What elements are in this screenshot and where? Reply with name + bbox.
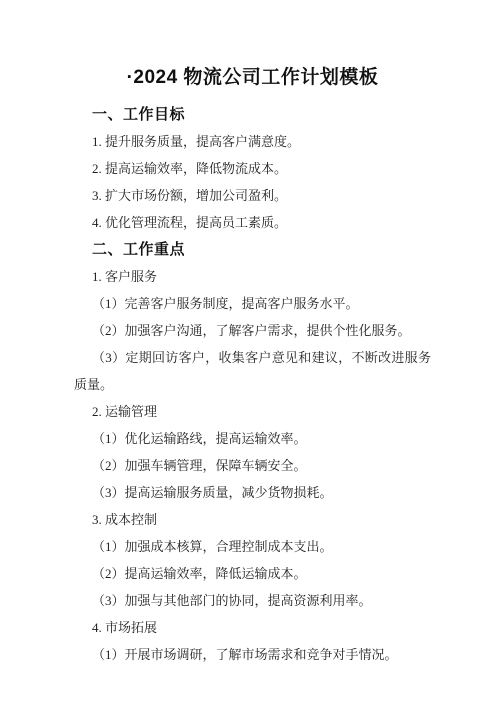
goal-item: 3. 扩大市场份额，增加公司盈利。 bbox=[74, 182, 431, 209]
section-work-goals: 一、工作目标 1. 提升服务质量，提高客户满意度。 2. 提高运输效率，降低物流… bbox=[74, 101, 431, 236]
detail-item: （3）提高运输服务质量，减少货物损耗。 bbox=[74, 479, 431, 506]
category-item: 2. 运输管理 bbox=[74, 398, 431, 425]
document-page: ·2024 物流公司工作计划模板 一、工作目标 1. 提升服务质量，提高客户满意… bbox=[0, 0, 500, 707]
document-title: ·2024 物流公司工作计划模板 bbox=[74, 64, 431, 91]
goal-item: 4. 优化管理流程，提高员工素质。 bbox=[74, 209, 431, 236]
detail-item: （1）加强成本核算，合理控制成本支出。 bbox=[74, 533, 431, 560]
section-heading-work-priorities: 二、工作重点 bbox=[74, 236, 431, 263]
detail-item: （2）加强客户沟通，了解客户需求，提供个性化服务。 bbox=[74, 317, 431, 344]
section-heading-work-goals: 一、工作目标 bbox=[74, 101, 431, 128]
goal-item: 1. 提升服务质量，提高客户满意度。 bbox=[74, 128, 431, 155]
category-item: 4. 市场拓展 bbox=[74, 614, 431, 641]
section-work-priorities: 二、工作重点 1. 客户服务 （1）完善客户服务制度，提高客户服务水平。 （2）… bbox=[74, 236, 431, 668]
detail-item: （2）提高运输效率，降低运输成本。 bbox=[74, 560, 431, 587]
detail-item: （3）定期回访客户，收集客户意见和建议，不断改进服务质量。 bbox=[74, 344, 431, 398]
detail-item: （3）加强与其他部门的协同，提高资源利用率。 bbox=[74, 587, 431, 614]
category-item: 1. 客户服务 bbox=[74, 263, 431, 290]
detail-item: （1）完善客户服务制度，提高客户服务水平。 bbox=[74, 290, 431, 317]
category-item: 3. 成本控制 bbox=[74, 506, 431, 533]
detail-item: （1）优化运输路线，提高运输效率。 bbox=[74, 425, 431, 452]
detail-item: （1）开展市场调研，了解市场需求和竞争对手情况。 bbox=[74, 641, 431, 668]
goal-item: 2. 提高运输效率，降低物流成本。 bbox=[74, 155, 431, 182]
detail-item: （2）加强车辆管理，保障车辆安全。 bbox=[74, 452, 431, 479]
